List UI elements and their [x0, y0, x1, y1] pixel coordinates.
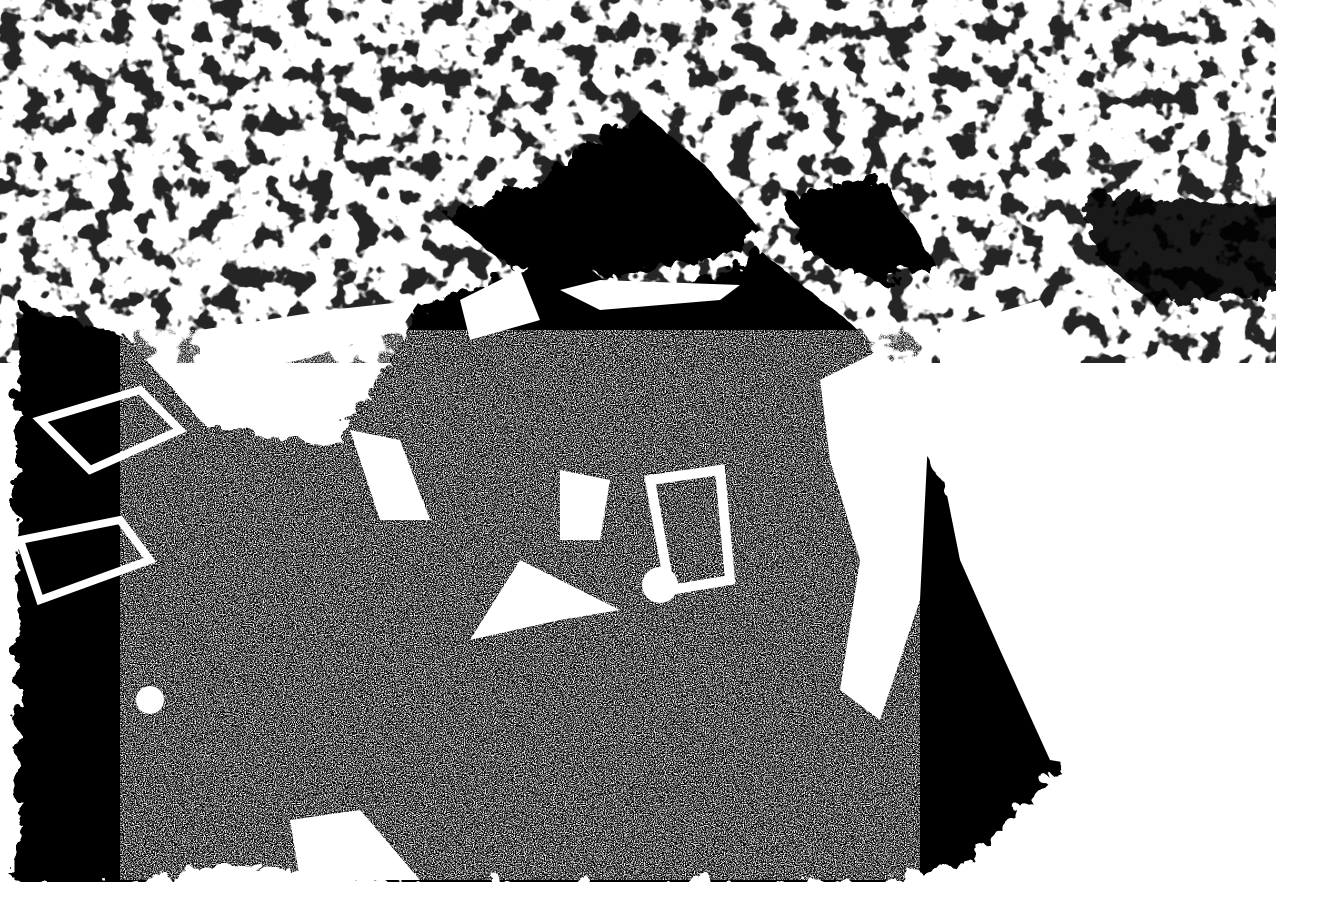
- bottom-margin: [0, 882, 1322, 898]
- photograph: [0, 0, 1322, 898]
- right-margin: [1276, 0, 1322, 898]
